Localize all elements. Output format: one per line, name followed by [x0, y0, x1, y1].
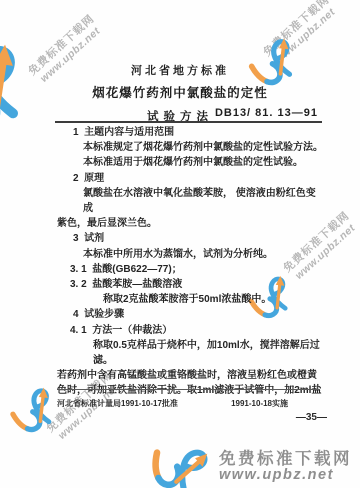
watermark-site-name: 免费标准下载网: [219, 451, 352, 468]
clause-heading: 4. 1 方法一（仲裁法）: [55, 323, 323, 338]
section-heading: 4 试验步骤: [55, 307, 323, 322]
scanned-standard-page: 免费标准下载网 www.upbz.net 免费标准下载网 www.upbz.ne…: [0, 0, 360, 488]
watermark-site-url: www.upbz.net: [219, 468, 352, 483]
standard-authority: 河北省地方标准: [0, 62, 360, 78]
document-footer: 河北省标准计量局1991-10-17批准 1991-10-18实施: [57, 398, 320, 409]
body-line: 本标准规定了烟花爆竹药剂中氯酸盐的定性试验方法。: [55, 140, 323, 155]
header-line3: 试验方法 DB13/ 81. 13—91: [0, 107, 360, 121]
document-body: 1 主题内容与适用范围 本标准规定了烟花爆竹药剂中氯酸盐的定性试验方法。 本标准…: [55, 125, 323, 399]
body-line: 称取0.5克样品于烧杯中，加10ml水，搅拌溶解后过滤。: [55, 338, 323, 368]
document-header: 河北省地方标准 烟花爆竹药剂中氯酸盐的定性 试验方法 DB13/ 81. 13—…: [0, 62, 360, 121]
watermark-banner: 免费标准下载网 www.upbz.net: [150, 447, 352, 487]
footer-rule: [57, 389, 320, 390]
clause-heading: 3. 2 盐酸苯胺—盐酸溶液: [55, 277, 323, 292]
page-number: —35—: [296, 412, 327, 423]
section-heading: 2 原理: [55, 171, 323, 186]
body-line: 氯酸盐在水溶液中氧化盐酸苯胺， 使溶液由粉红色变成: [55, 186, 323, 216]
banner-text: 免费标准下载网 www.upbz.net: [219, 451, 352, 483]
page-title: 烟花爆竹药剂中氯酸盐的定性: [0, 83, 360, 101]
body-line: 本标准适用于烟花爆竹药剂中氯酸盐的定性试验。: [55, 155, 323, 170]
section-heading: 1 主题内容与适用范围: [55, 125, 323, 140]
section-heading: 3 试剂: [55, 231, 323, 246]
up-logo-icon: [150, 447, 212, 487]
implementation-note: 1991-10-18实施: [231, 398, 288, 409]
body-line: 称取2克盐酸苯胺溶于50ml浓盐酸中。: [55, 292, 323, 307]
body-line: 色时，可加亚铁盐消除干扰。取1ml滤液于试管中，加2ml盐: [55, 383, 323, 398]
header-rule: [55, 121, 322, 123]
approval-note: 河北省标准计量局1991-10-17批准: [57, 398, 178, 409]
standard-number: DB13/ 81. 13—91: [215, 107, 318, 119]
body-line: 若药剂中含有高锰酸盐或重铬酸盐时，溶液呈粉红色或橙黄: [55, 368, 323, 383]
body-line: 紫色，最后显深兰色。: [55, 216, 323, 231]
watermark-site-name: 免费标准下载网: [253, 0, 338, 65]
clause-heading: 3. 1 盐酸(GB622—77)；: [55, 262, 323, 277]
body-line: 本标准中所用水为蒸馏水，试剂为分析纯。: [55, 247, 323, 262]
